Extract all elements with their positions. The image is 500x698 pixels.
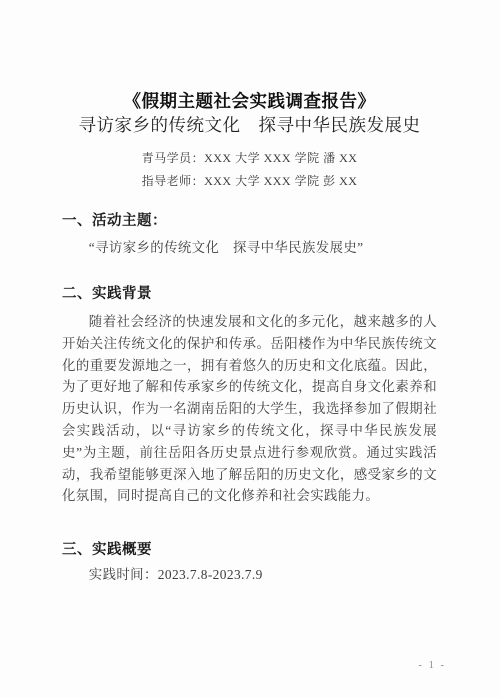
section-1-theme-quote: “寻访家乡的传统文化 探寻中华民族发展史”	[62, 238, 437, 258]
document-body: 《假期主题社会实践调查报告》 寻访家乡的传统文化 探寻中华民族发展史 青马学员：…	[0, 0, 500, 585]
section-3-practice-time: 实践时间：2023.7.8-2023.7.9	[62, 565, 437, 585]
document-title: 《假期主题社会实践调查报告》	[62, 90, 437, 112]
section-2-heading: 二、实践背景	[62, 285, 437, 303]
author-line-advisor: 指导老师：XXX 大学 XXX 学院 彭 XX	[62, 173, 437, 189]
section-1-heading: 一、活动主题：	[62, 212, 437, 230]
author-line-student: 青马学员：XXX 大学 XXX 学院 潘 XX	[62, 150, 437, 166]
page-number: - 1 -	[419, 660, 447, 671]
section-2-paragraph: 随着社会经济的快速发展和文化的多元化，越来越多的人开始关注传统文化的保护和传承。…	[62, 311, 437, 507]
section-3-heading: 三、实践概要	[62, 541, 437, 559]
document-page: 《假期主题社会实践调查报告》 寻访家乡的传统文化 探寻中华民族发展史 青马学员：…	[0, 0, 500, 698]
document-subtitle: 寻访家乡的传统文化 探寻中华民族发展史	[62, 114, 437, 136]
